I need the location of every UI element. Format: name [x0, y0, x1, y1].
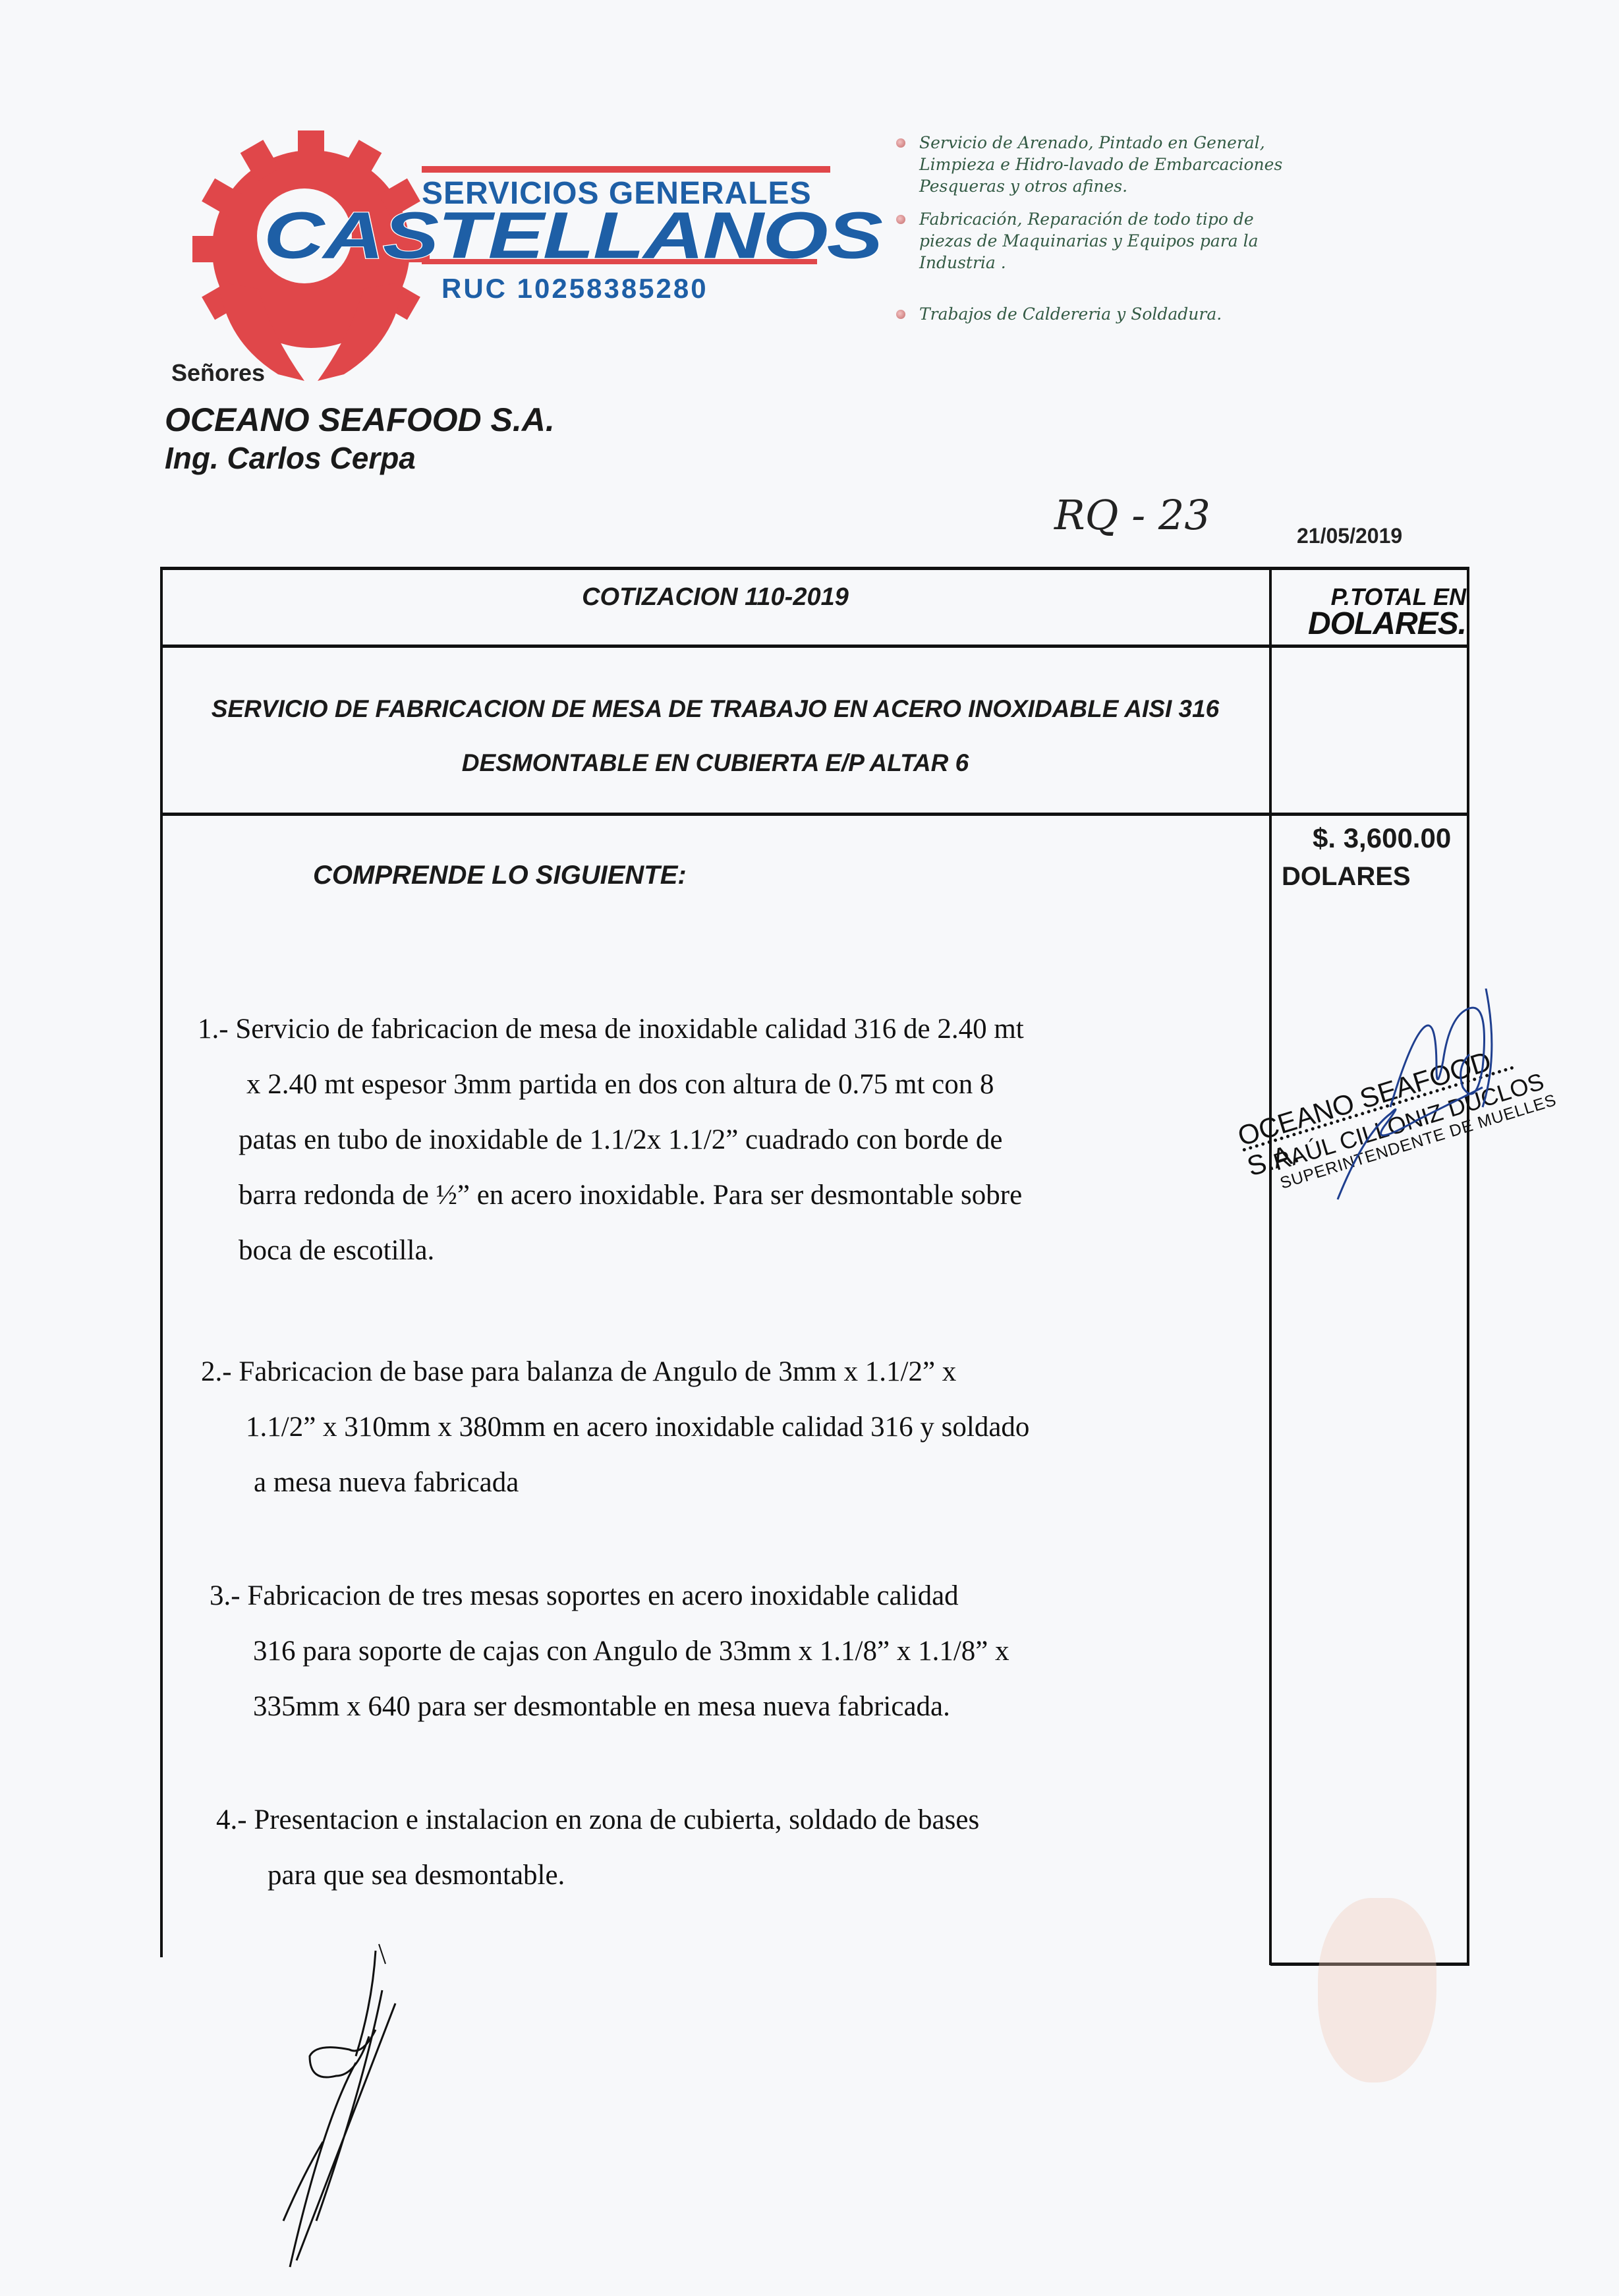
bullet-icon: [896, 215, 905, 224]
logo-stripe-top: [422, 166, 830, 173]
item-line: 2.- Fabricacion de base para balanza de …: [201, 1344, 1029, 1400]
scope-item: 3.- Fabricacion de tres mesas soportes e…: [210, 1568, 1009, 1735]
item-line: x 2.40 mt espesor 3mm partida en dos con…: [246, 1057, 1024, 1112]
item-line: 1.1/2” x 310mm x 380mm en acero inoxidab…: [246, 1400, 1029, 1455]
item-line: 4.- Presentacion e instalacion en zona d…: [216, 1793, 979, 1848]
item-line: 1.- Servicio de fabricacion de mesa de i…: [198, 1002, 1024, 1057]
total-currency: DOLARES: [1282, 862, 1411, 892]
item-line: 316 para soporte de cajas con Angulo de …: [253, 1624, 1009, 1679]
handwritten-reference: RQ - 23: [1054, 491, 1210, 539]
logo-stripe-bottom: [422, 259, 817, 264]
price-header-line2: DOLARES.: [1275, 609, 1466, 639]
price-header-line1: P.TOTAL EN: [1275, 585, 1466, 609]
service-description: SERVICIO DE FABRICACION DE MESA DE TRABA…: [160, 682, 1270, 790]
item-line: boca de escotilla.: [239, 1223, 1024, 1278]
scope-item: 2.- Fabricacion de base para balanza de …: [201, 1344, 1029, 1510]
service-item: Servicio de Arenado, Pintado en General,…: [896, 132, 1417, 204]
item-line: 3.- Fabricacion de tres mesas soportes e…: [210, 1568, 1009, 1624]
quote-number: COTIZACION 110-2019: [160, 570, 1270, 612]
signature-blue-icon: [1311, 989, 1535, 1213]
item-line: a mesa nueva fabricada: [254, 1455, 1029, 1510]
scope-item: 4.- Presentacion e instalacion en zona d…: [216, 1793, 979, 1903]
item-line: 335mm x 640 para ser desmontable en mesa…: [253, 1679, 1009, 1735]
service-item: Trabajos de Caldereria y Soldadura.: [896, 303, 1417, 325]
description-line: SERVICIO DE FABRICACION DE MESA DE TRABA…: [160, 682, 1270, 736]
service-line: Trabajos de Caldereria y Soldadura.: [919, 303, 1417, 325]
service-item: Fabricación, Reparación de todo tipo de …: [896, 208, 1417, 281]
price-column-header: P.TOTAL EN DOLARES.: [1275, 585, 1466, 639]
table-right-border: [1467, 567, 1469, 1965]
service-line: Limpieza e Hidro-lavado de Embarcaciones: [919, 154, 1417, 175]
quote-date: 21/05/2019: [1297, 524, 1402, 548]
service-line: Pesqueras y otros afines.: [919, 175, 1417, 197]
item-line: barra redonda de ½” en acero inoxidable.…: [239, 1168, 1024, 1223]
service-line: Industria .: [919, 252, 1417, 273]
table-divider: [160, 813, 1469, 816]
salutation: Señores: [171, 359, 265, 387]
client-company: OCEANO SEAFOOD S.A.: [165, 401, 555, 439]
service-line: piezas de Maquinarias y Equipos para la: [919, 230, 1417, 252]
table-divider: [160, 645, 1469, 648]
item-line: para que sea desmontable.: [268, 1848, 979, 1903]
service-line: Servicio de Arenado, Pintado en General,: [919, 132, 1417, 154]
paper-stain: [1318, 1898, 1436, 2082]
scope-item: 1.- Servicio de fabricacion de mesa de i…: [198, 1002, 1024, 1278]
includes-heading: COMPRENDE LO SIGUIENTE:: [313, 861, 687, 890]
client-contact: Ing. Carlos Cerpa: [165, 440, 416, 476]
total-amount: $. 3,600.00: [1313, 822, 1451, 854]
item-line: patas en tubo de inoxidable de 1.1/2x 1.…: [239, 1112, 1024, 1168]
description-line: DESMONTABLE EN CUBIERTA E/P ALTAR 6: [160, 736, 1270, 790]
bullet-icon: [896, 310, 905, 319]
company-ruc: RUC 10258385280: [441, 273, 708, 304]
bullet-icon: [896, 138, 905, 148]
signature-black-icon: [244, 1924, 613, 2293]
service-line: Fabricación, Reparación de todo tipo de: [919, 208, 1417, 230]
